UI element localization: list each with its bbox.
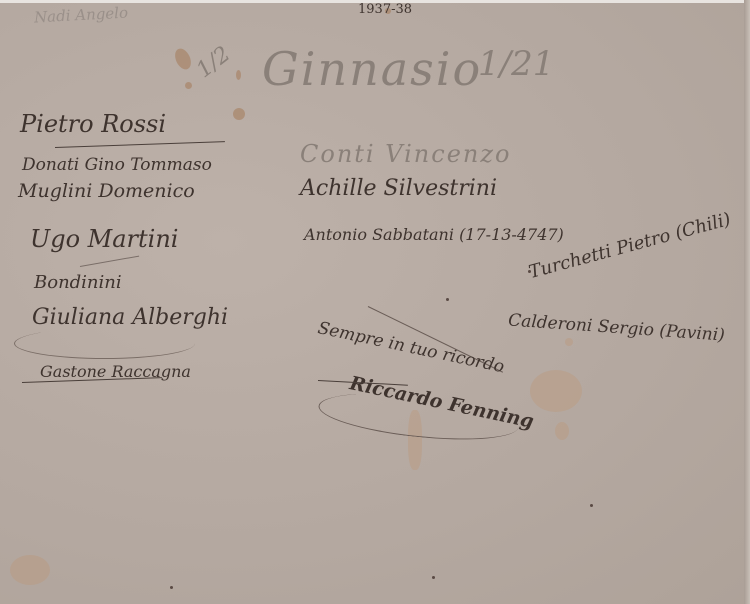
pencil-name-top-left: Nadi Angelo [34, 4, 129, 27]
stain [233, 108, 245, 120]
signature-underline [55, 141, 225, 148]
stain [236, 70, 241, 80]
signature: Ugo Martini [30, 225, 178, 253]
speck [590, 504, 593, 507]
signature: Calderoni Sergio (Pavini) [508, 310, 726, 345]
water-stain [530, 370, 582, 412]
stain [185, 82, 192, 89]
school-year: 1937-38 [358, 2, 412, 17]
signature: Conti Vincenzo [300, 140, 511, 168]
signature: Bondinini [34, 272, 122, 293]
class-mark: 1/2 [192, 42, 235, 83]
stain [172, 46, 194, 72]
signature: Pietro Rossi [20, 110, 166, 138]
speck [432, 576, 435, 579]
paper-right-edge [744, 0, 750, 604]
signature: Turchetti Pietro (Chili) [527, 209, 733, 283]
signature: Antonio Sabbatani (17-13-4747) [304, 225, 564, 244]
signature: Giuliana Alberghi [32, 305, 228, 330]
scanned-autograph-page: Nadi Angelo 1937-38 1/2 Ginnasio 1/21 Pi… [0, 0, 750, 604]
water-stain [10, 555, 50, 585]
signature: Muglini Domenico [18, 180, 195, 202]
speck [170, 586, 173, 589]
signature-underline [80, 256, 139, 267]
signature-flourish [14, 328, 195, 359]
header-room: 1/21 [478, 44, 554, 84]
signature: Donati Gino Tommaso [22, 155, 212, 175]
header-title: Ginnasio [262, 42, 482, 96]
signature: Achille Silvestrini [300, 176, 497, 201]
stain [565, 338, 573, 346]
water-stain [555, 422, 569, 440]
speck [446, 298, 449, 301]
